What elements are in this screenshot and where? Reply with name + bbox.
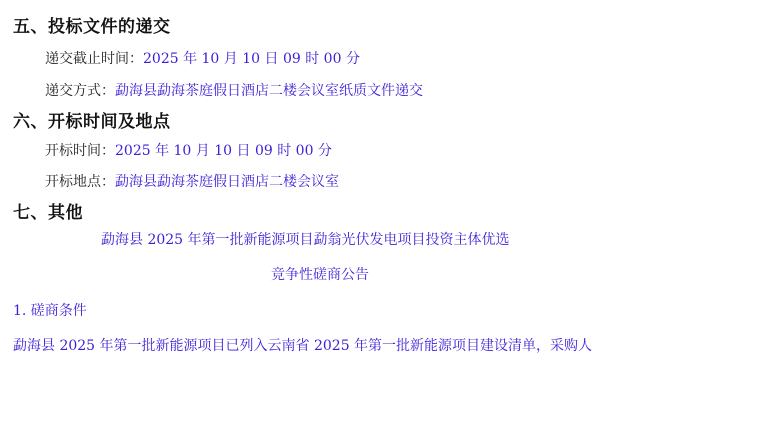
item1-heading: 1. 磋商条件 bbox=[13, 300, 87, 320]
opening-time-line: 开标时间：2025 年 10 月 10 日 09 时 00 分 bbox=[45, 140, 332, 160]
method-label: 递交方式： bbox=[45, 83, 115, 99]
announcement-title-line2: 竞争性磋商公告 bbox=[271, 264, 369, 284]
opening-time-label: 开标时间： bbox=[45, 143, 115, 159]
method-line: 递交方式：勐海县勐海茶庭假日酒店二楼会议室纸质文件递交 bbox=[45, 80, 423, 100]
section-7-heading: 七、其他 bbox=[13, 198, 83, 223]
method-value: 勐海县勐海茶庭假日酒店二楼会议室纸质文件递交 bbox=[115, 83, 423, 99]
opening-place-line: 开标地点：勐海县勐海茶庭假日酒店二楼会议室 bbox=[45, 171, 339, 191]
opening-time-value: 2025 年 10 月 10 日 09 时 00 分 bbox=[115, 143, 332, 159]
deadline-value: 2025 年 10 月 10 日 09 时 00 分 bbox=[143, 51, 360, 67]
deadline-line: 递交截止时间：2025 年 10 月 10 日 09 时 00 分 bbox=[45, 48, 360, 68]
section-5-heading: 五、投标文件的递交 bbox=[13, 12, 171, 37]
announcement-title-line1: 勐海县 2025 年第一批新能源项目勐翁光伏发电项目投资主体优选 bbox=[101, 229, 510, 249]
opening-place-label: 开标地点： bbox=[45, 174, 115, 190]
opening-place-value: 勐海县勐海茶庭假日酒店二楼会议室 bbox=[115, 174, 339, 190]
item1-text: 勐海县 2025 年第一批新能源项目已列入云南省 2025 年第一批新能源项目建… bbox=[13, 335, 592, 355]
deadline-label: 递交截止时间： bbox=[45, 51, 143, 67]
section-6-heading: 六、开标时间及地点 bbox=[13, 107, 171, 132]
